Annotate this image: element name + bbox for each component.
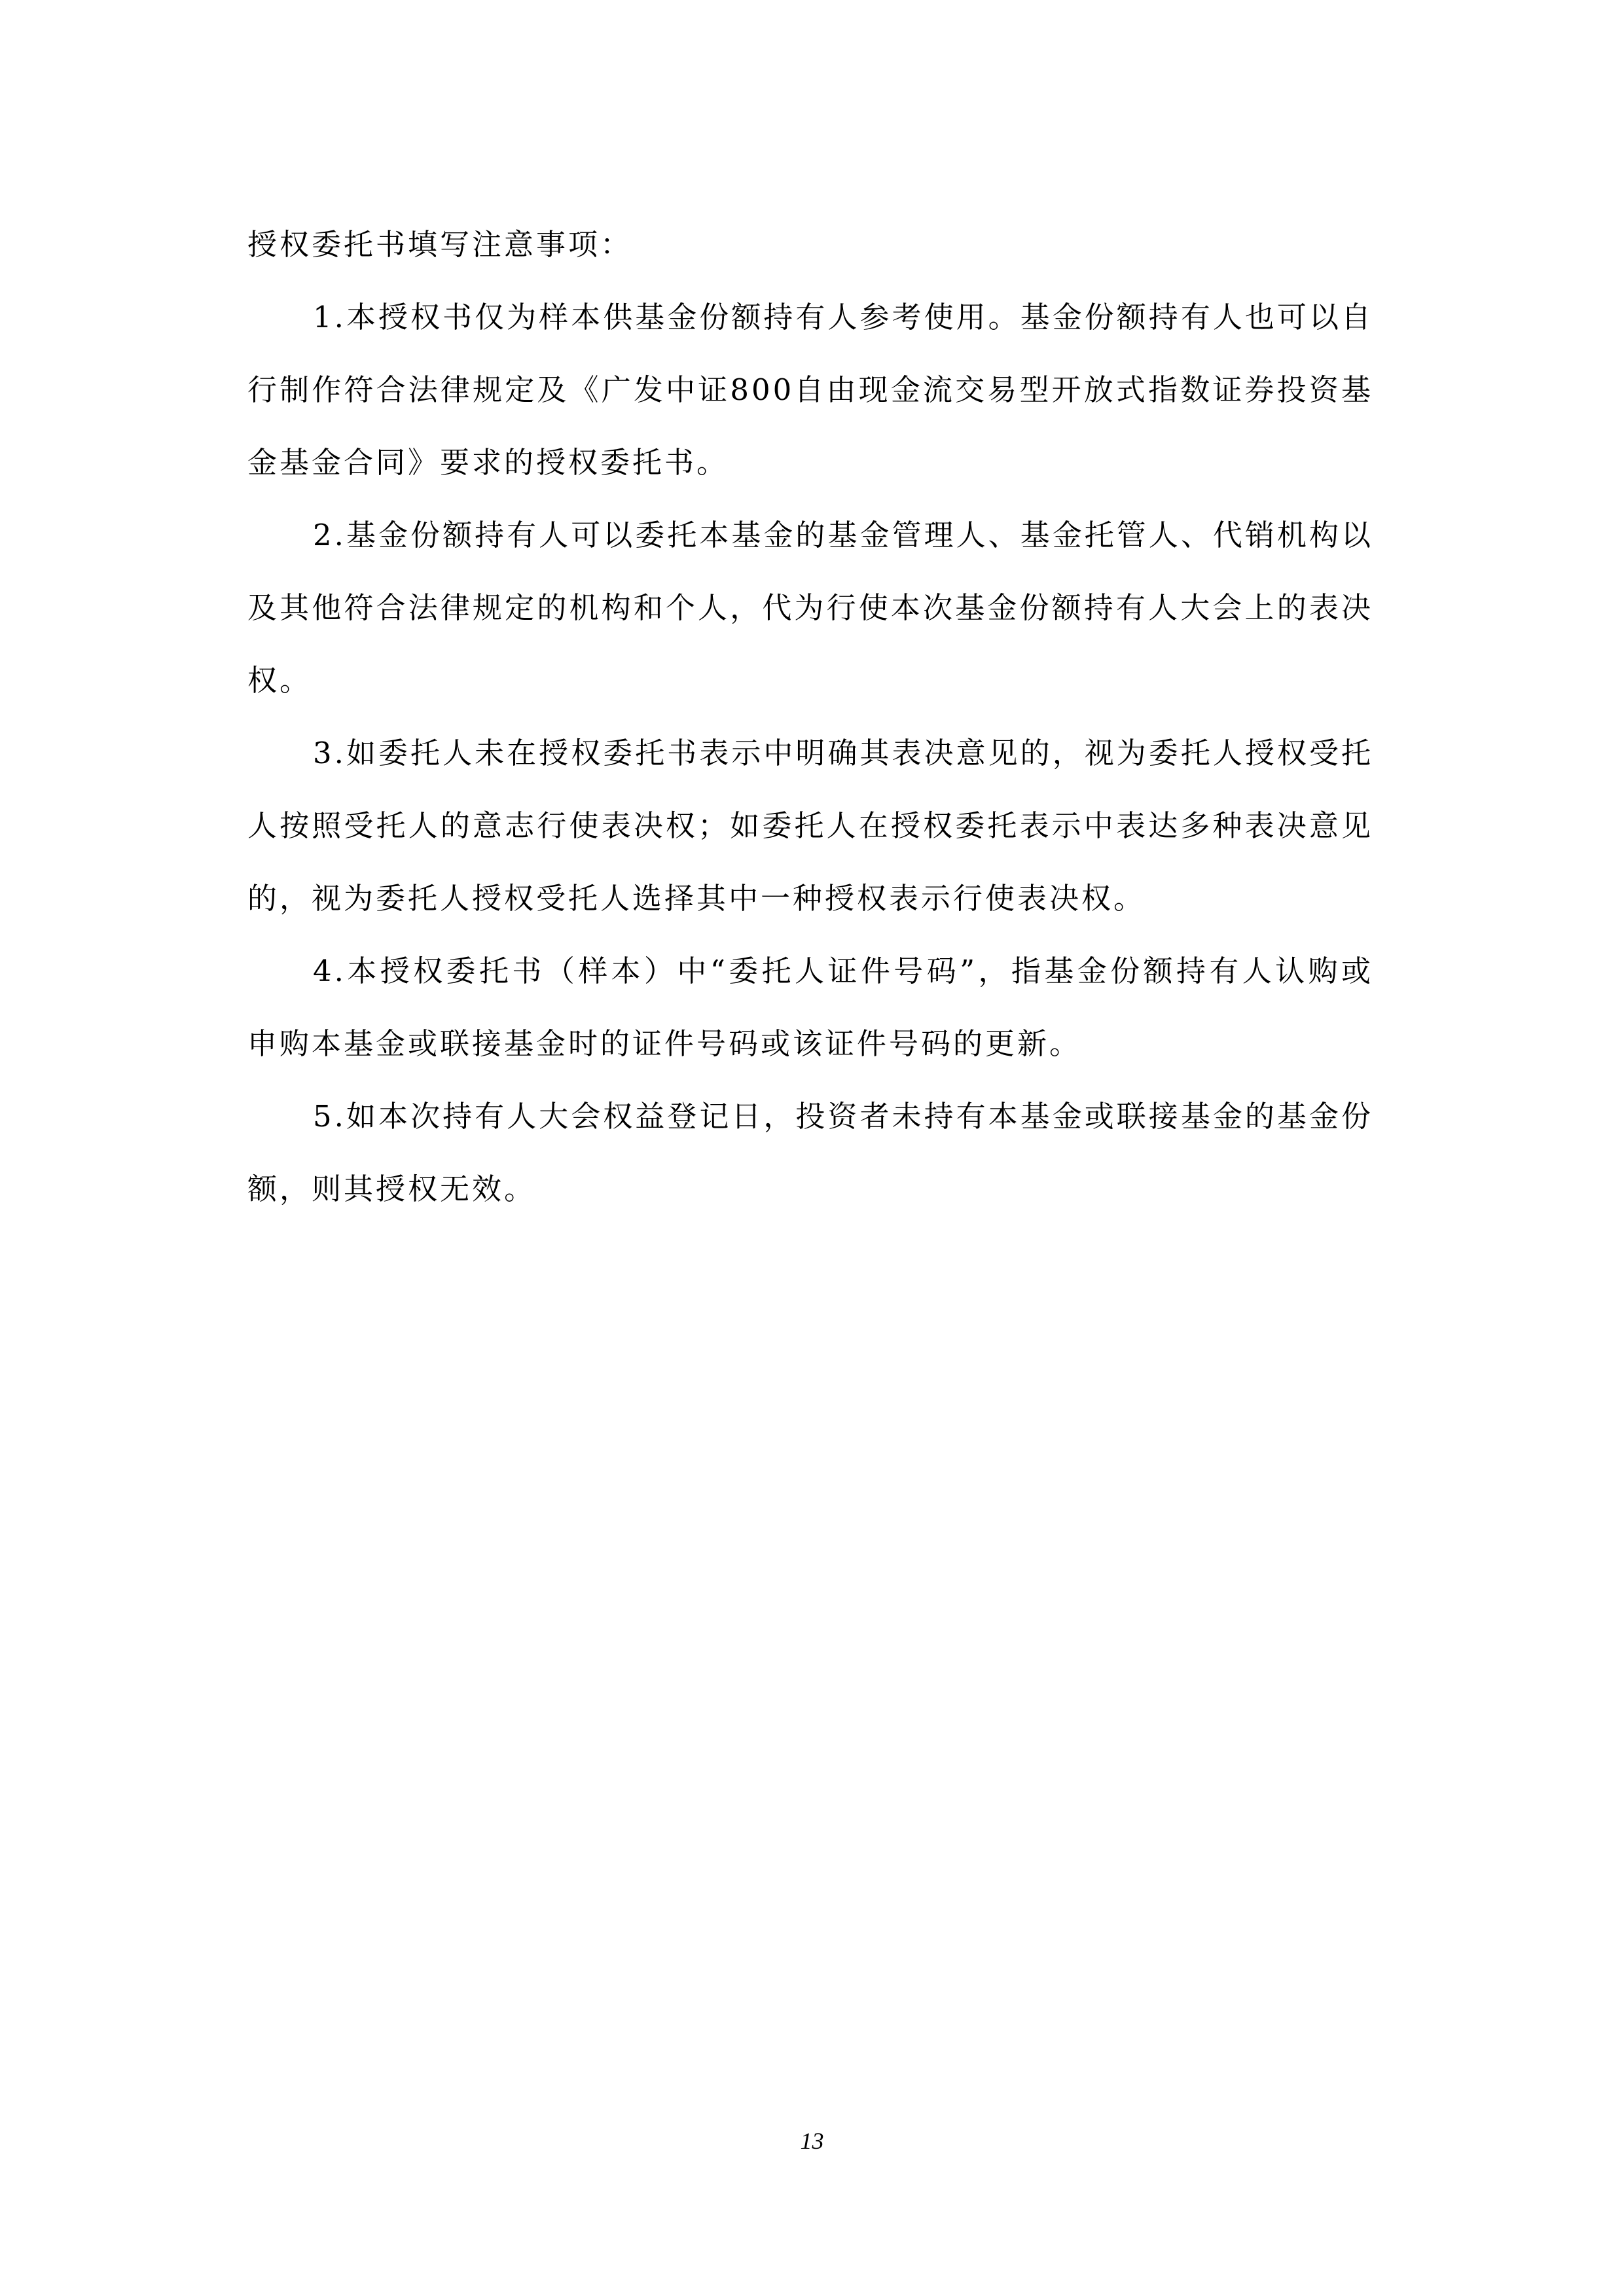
note-paragraph-1: 1.本授权书仅为样本供基金份额持有人参考使用。基金份额持有人也可以自行制作符合法… xyxy=(247,281,1373,499)
note-paragraph-4: 4.本授权委托书（样本）中“委托人证件号码”，指基金份额持有人认购或申购本基金或… xyxy=(247,935,1373,1080)
note-paragraph-3: 3.如委托人未在授权委托书表示中明确其表决意见的，视为委托人授权受托人按照受托人… xyxy=(247,717,1373,935)
document-body: 授权委托书填写注意事项： 1.本授权书仅为样本供基金份额持有人参考使用。基金份额… xyxy=(247,208,1373,1225)
document-page: 授权委托书填写注意事项： 1.本授权书仅为样本供基金份额持有人参考使用。基金份额… xyxy=(0,0,1624,2296)
notes-heading: 授权委托书填写注意事项： xyxy=(247,208,1373,281)
page-number: 13 xyxy=(0,2127,1624,2155)
note-paragraph-2: 2.基金份额持有人可以委托本基金的基金管理人、基金托管人、代销机构以及其他符合法… xyxy=(247,499,1373,717)
note-paragraph-5: 5.如本次持有人大会权益登记日，投资者未持有本基金或联接基金的基金份额，则其授权… xyxy=(247,1080,1373,1225)
